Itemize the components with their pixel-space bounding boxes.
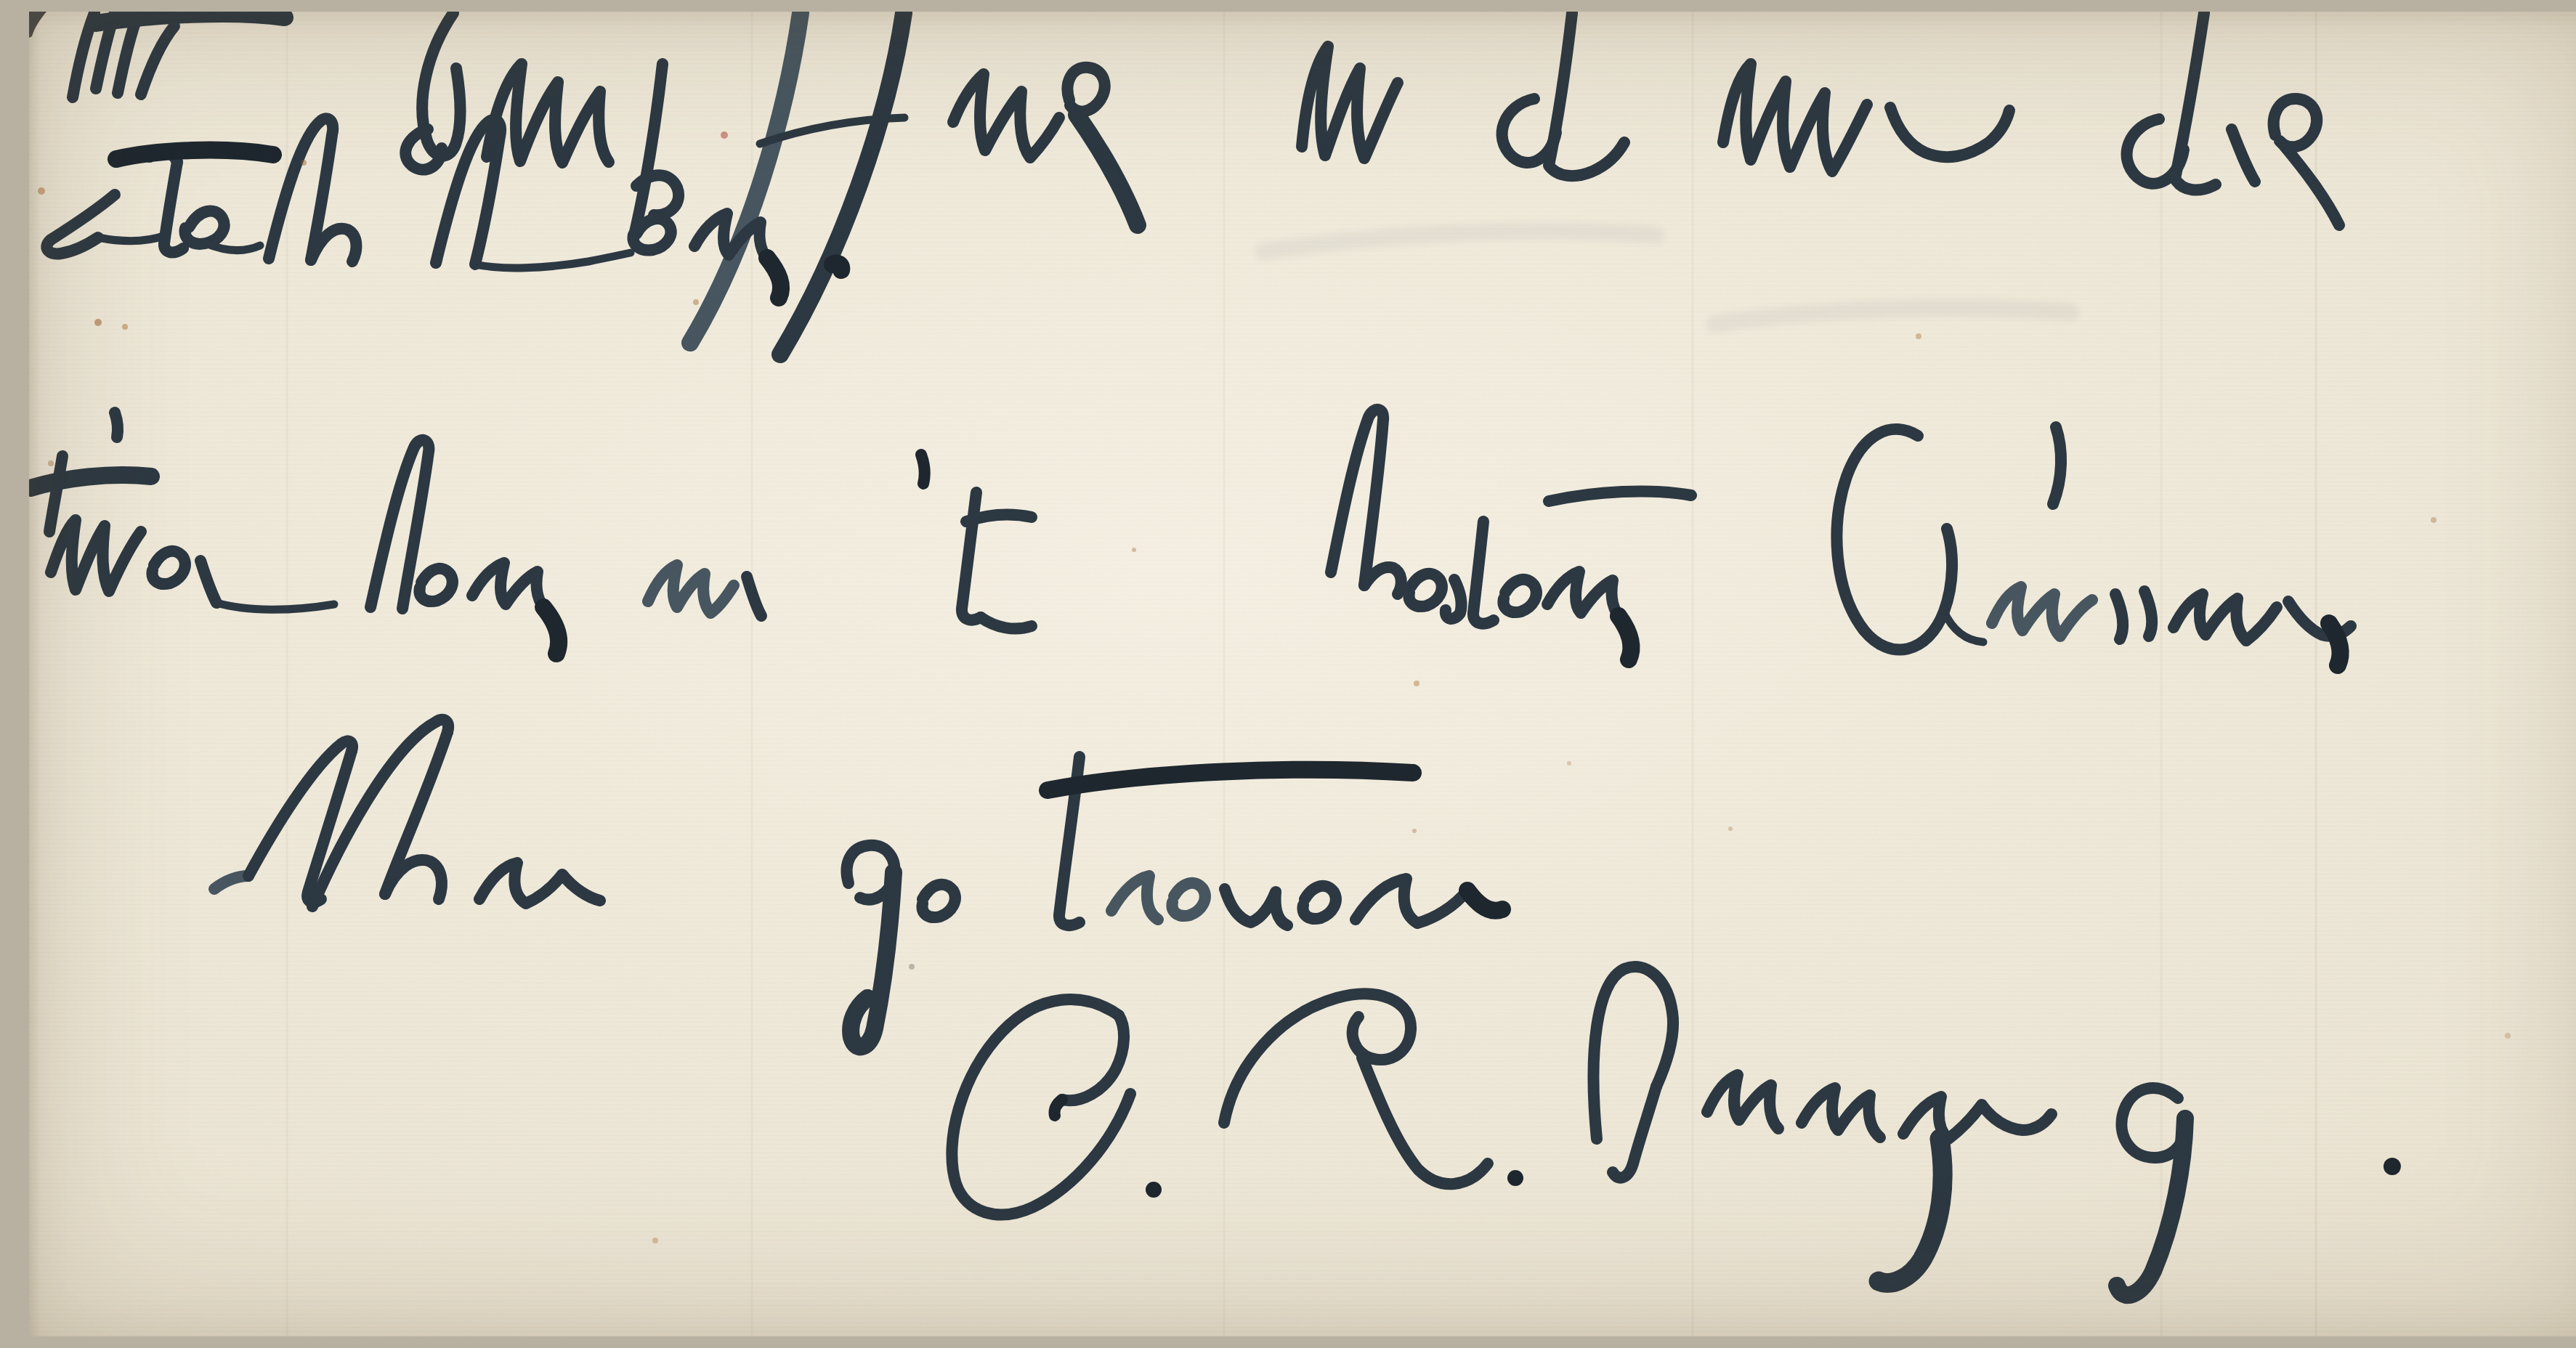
photo-grain-overlay [29,12,2576,1336]
handwriting-layer: mit Knöpffen und nur die [29,12,2576,1336]
letter-photograph: mit Knöpffen und nur die [29,12,2576,1336]
